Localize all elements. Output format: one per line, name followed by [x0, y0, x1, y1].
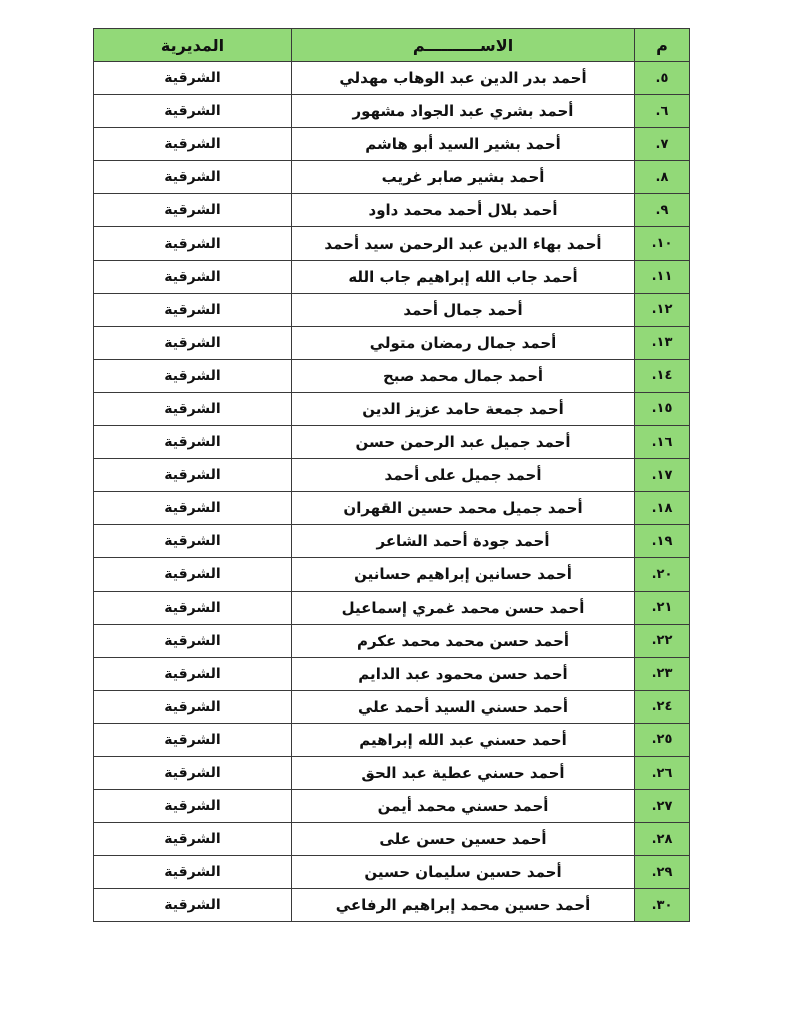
table-body: ٥.أحمد بدر الدين عبد الوهاب مهدليالشرقية… [94, 62, 690, 922]
row-index: ٣٠. [635, 889, 690, 922]
table-row: ٢٩.أحمد حسين سليمان حسينالشرقية [94, 856, 690, 889]
row-name: أحمد حسانين إبراهيم حسانين [292, 558, 635, 591]
table-row: ١٠.أحمد بهاء الدين عبد الرحمن سيد أحمدال… [94, 227, 690, 260]
document-page: م الاســــــــــم المديرية ٥.أحمد بدر ال… [93, 28, 689, 922]
row-index: ١٥. [635, 392, 690, 425]
table-row: ٣٠.أحمد حسين محمد إبراهيم الرفاعيالشرقية [94, 889, 690, 922]
row-name: أحمد جودة أحمد الشاعر [292, 525, 635, 558]
table-row: ٢١.أحمد حسن محمد غمري إسماعيلالشرقية [94, 591, 690, 624]
row-index: ٧. [635, 128, 690, 161]
row-index: ٨. [635, 161, 690, 194]
row-directorate: الشرقية [94, 690, 292, 723]
row-name: أحمد بلال أحمد محمد داود [292, 194, 635, 227]
row-index: ٥. [635, 62, 690, 95]
table-row: ٥.أحمد بدر الدين عبد الوهاب مهدليالشرقية [94, 62, 690, 95]
row-name: أحمد حسين محمد إبراهيم الرفاعي [292, 889, 635, 922]
row-directorate: الشرقية [94, 823, 292, 856]
row-index: ٢٦. [635, 756, 690, 789]
row-index: ٩. [635, 194, 690, 227]
row-index: ١٣. [635, 326, 690, 359]
row-name: أحمد بشير صابر غريب [292, 161, 635, 194]
table-row: ١١.أحمد جاب الله إبراهيم جاب اللهالشرقية [94, 260, 690, 293]
table-header: م الاســــــــــم المديرية [94, 29, 690, 62]
row-index: ٢١. [635, 591, 690, 624]
row-name: أحمد جاب الله إبراهيم جاب الله [292, 260, 635, 293]
row-directorate: الشرقية [94, 326, 292, 359]
table-row: ١٣.أحمد جمال رمضان متوليالشرقية [94, 326, 690, 359]
row-index: ١٦. [635, 426, 690, 459]
row-directorate: الشرقية [94, 525, 292, 558]
row-index: ٢٧. [635, 790, 690, 823]
row-name: أحمد حسني عطية عبد الحق [292, 756, 635, 789]
row-index: ٦. [635, 95, 690, 128]
row-directorate: الشرقية [94, 459, 292, 492]
row-directorate: الشرقية [94, 856, 292, 889]
row-directorate: الشرقية [94, 95, 292, 128]
table-row: ١٦.أحمد جميل عبد الرحمن حسنالشرقية [94, 426, 690, 459]
row-directorate: الشرقية [94, 624, 292, 657]
row-directorate: الشرقية [94, 889, 292, 922]
table-row: ٢٤.أحمد حسني السيد أحمد عليالشرقية [94, 690, 690, 723]
table-row: ٢٣.أحمد حسن محمود عبد الدايمالشرقية [94, 657, 690, 690]
row-name: أحمد حسني السيد أحمد علي [292, 690, 635, 723]
row-index: ٢٨. [635, 823, 690, 856]
row-directorate: الشرقية [94, 227, 292, 260]
row-index: ١٩. [635, 525, 690, 558]
row-name: أحمد بشير السيد أبو هاشم [292, 128, 635, 161]
table-row: ٢٢.أحمد حسن محمد محمد عكرمالشرقية [94, 624, 690, 657]
row-index: ٢٤. [635, 690, 690, 723]
row-index: ١٧. [635, 459, 690, 492]
row-directorate: الشرقية [94, 657, 292, 690]
row-directorate: الشرقية [94, 392, 292, 425]
row-index: ١١. [635, 260, 690, 293]
table-row: ٢٨.أحمد حسين حسن علىالشرقية [94, 823, 690, 856]
row-name: أحمد حسن محمود عبد الدايم [292, 657, 635, 690]
row-name: أحمد جميل على أحمد [292, 459, 635, 492]
row-name: أحمد حسن محمد غمري إسماعيل [292, 591, 635, 624]
table-row: ١٢.أحمد جمال أحمدالشرقية [94, 293, 690, 326]
row-name: أحمد بشري عبد الجواد مشهور [292, 95, 635, 128]
table-row: ١٥.أحمد جمعة حامد عزيز الدينالشرقية [94, 392, 690, 425]
row-directorate: الشرقية [94, 723, 292, 756]
table-row: ٢٦.أحمد حسني عطية عبد الحقالشرقية [94, 756, 690, 789]
row-directorate: الشرقية [94, 194, 292, 227]
row-directorate: الشرقية [94, 790, 292, 823]
row-index: ٢٠. [635, 558, 690, 591]
row-index: ٢٣. [635, 657, 690, 690]
row-name: أحمد حسني عبد الله إبراهيم [292, 723, 635, 756]
row-index: ١٤. [635, 359, 690, 392]
row-directorate: الشرقية [94, 128, 292, 161]
table-row: ٩.أحمد بلال أحمد محمد داودالشرقية [94, 194, 690, 227]
table-row: ١٧.أحمد جميل على أحمدالشرقية [94, 459, 690, 492]
table-row: ١٤.أحمد جمال محمد صبحالشرقية [94, 359, 690, 392]
row-index: ٢٥. [635, 723, 690, 756]
row-index: ١٢. [635, 293, 690, 326]
row-directorate: الشرقية [94, 426, 292, 459]
row-name: أحمد جمعة حامد عزيز الدين [292, 392, 635, 425]
row-name: أحمد بهاء الدين عبد الرحمن سيد أحمد [292, 227, 635, 260]
table-row: ١٨.أحمد جميل محمد حسين القهرانالشرقية [94, 492, 690, 525]
names-table: م الاســــــــــم المديرية ٥.أحمد بدر ال… [93, 28, 690, 922]
header-directorate: المديرية [94, 29, 292, 62]
row-name: أحمد حسين سليمان حسين [292, 856, 635, 889]
row-name: أحمد جمال رمضان متولي [292, 326, 635, 359]
row-index: ١٠. [635, 227, 690, 260]
table-row: ٢٧.أحمد حسني محمد أيمنالشرقية [94, 790, 690, 823]
table-row: ٧.أحمد بشير السيد أبو هاشمالشرقية [94, 128, 690, 161]
row-directorate: الشرقية [94, 558, 292, 591]
row-directorate: الشرقية [94, 359, 292, 392]
row-index: ٢٩. [635, 856, 690, 889]
row-name: أحمد جميل عبد الرحمن حسن [292, 426, 635, 459]
row-directorate: الشرقية [94, 492, 292, 525]
row-index: ١٨. [635, 492, 690, 525]
table-row: ١٩.أحمد جودة أحمد الشاعرالشرقية [94, 525, 690, 558]
row-name: أحمد جمال محمد صبح [292, 359, 635, 392]
table-row: ٦.أحمد بشري عبد الجواد مشهورالشرقية [94, 95, 690, 128]
row-directorate: الشرقية [94, 161, 292, 194]
row-directorate: الشرقية [94, 293, 292, 326]
header-name: الاســــــــــم [292, 29, 635, 62]
header-row: م الاســــــــــم المديرية [94, 29, 690, 62]
row-name: أحمد جمال أحمد [292, 293, 635, 326]
table-row: ٢٥.أحمد حسني عبد الله إبراهيمالشرقية [94, 723, 690, 756]
table-row: ٨.أحمد بشير صابر غريبالشرقية [94, 161, 690, 194]
row-name: أحمد جميل محمد حسين القهران [292, 492, 635, 525]
row-directorate: الشرقية [94, 62, 292, 95]
table-row: ٢٠.أحمد حسانين إبراهيم حسانينالشرقية [94, 558, 690, 591]
header-index: م [635, 29, 690, 62]
row-directorate: الشرقية [94, 756, 292, 789]
row-name: أحمد حسن محمد محمد عكرم [292, 624, 635, 657]
row-directorate: الشرقية [94, 591, 292, 624]
row-name: أحمد حسين حسن على [292, 823, 635, 856]
row-index: ٢٢. [635, 624, 690, 657]
row-name: أحمد بدر الدين عبد الوهاب مهدلي [292, 62, 635, 95]
row-name: أحمد حسني محمد أيمن [292, 790, 635, 823]
row-directorate: الشرقية [94, 260, 292, 293]
